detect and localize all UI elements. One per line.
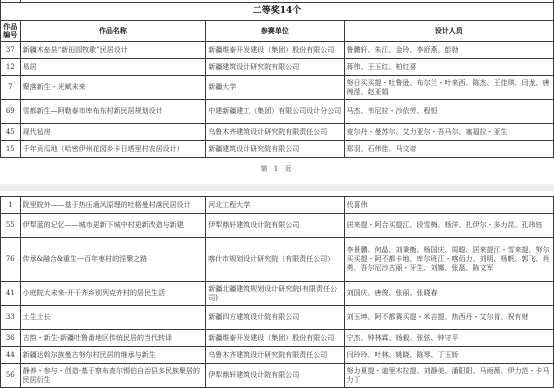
designers: 马杰、韦尼拉・沙依劳、程恒 (344, 100, 553, 124)
work-name: 千年贡瓜地（哈密伊州花园乡卡日塔里村农居设计） (20, 141, 206, 158)
table-row: 76 传承&融合&重生---百年枣村的涅槃之路 喀什市规划设计研究院（有限责任公… (1, 238, 554, 282)
table-row: 7 聚落新生・光赋未来 新疆大学 努日买买提・吐鲁逊、布尔兰・叶来西、陈杰、王佳… (1, 76, 554, 100)
table-row: 69 雪都新生—阿勒泰市库布东村新民居规划设计 中建新疆建工（集团）有限公司设计… (1, 100, 554, 124)
work-number: 36 (1, 330, 21, 347)
designers: 麦尔丹・曼苏尔、艾力亚尔・吾马尔、塞福拉・亚生 (344, 124, 553, 141)
designers: 郑羽、石伟佳、马文帝 (344, 141, 553, 158)
work-name: 院里院外——基于热压通风原理的吐格曼村落民居设计 (20, 197, 206, 214)
work-name: 土生土长 (20, 306, 206, 330)
organization: 中建新疆建工（集团）有限公司设计分公司 (206, 100, 344, 124)
work-name: 静养・参与・创造-基于察布查尔锡伯自治县多民族聚居的民居衍生 (20, 364, 206, 388)
designers: 李景鹏、何晶、刘秉衡、杨国庆、周聪、居来提江・雪来提、努尔买买提・阿不都卡地、库… (344, 238, 553, 282)
section-title-row: 二等奖14个 (1, 3, 554, 21)
work-name: 传承&融合&重生---百年枣村的涅槃之路 (20, 238, 206, 282)
table-row: 56 静养・参与・创造-基于察布查尔锡伯自治县多民族聚居的民居衍生 伊犁鼎轩建筑… (1, 364, 554, 388)
work-number: 37 (1, 42, 21, 59)
table-row: 12 易居 新疆建筑设计研究院有限公司 蒋伟、王玉红、柏红喜 (1, 59, 554, 76)
designers: 努力夏提・迪里木拉提、刘静美、潘阳阳、马雨薇、伊力范・卡马力丁 (344, 364, 553, 388)
work-name: 新疆达斡尔族曼古努尔村民居的继承与新生 (20, 347, 206, 364)
work-number: 7 (1, 76, 21, 100)
organization: 新疆建筑设计研究院有限公司 (206, 59, 344, 76)
work-number: 41 (1, 282, 21, 306)
work-number: 55 (1, 214, 21, 238)
work-number: 15 (1, 141, 21, 158)
work-number: 1 (1, 197, 21, 214)
designers: 居来提・阿合买提江、段雪梅、杨洋、扎伊尔・多力昆、孔玮钰 (344, 214, 553, 238)
awards-table-page-2: 1 院里院外——基于热压通风原理的吐格曼村落民居设计 河北工程大学 代喜伟 55… (0, 196, 554, 388)
designers: 刘国庆、唐俊、张丽、张晓春 (344, 282, 553, 306)
work-name: 雪都新生—阿勒泰市库布东村新民居规划设计 (20, 100, 206, 124)
designers: 闫玲玲、叶林、姚晓、陈琴、丁玉娇 (344, 347, 553, 364)
table-row: 41 小庭院大未来-开干齐乡别列克齐村的居民生活 新疆北疆建筑规划设计研究院(有… (1, 282, 554, 306)
organization: 喀什市规划设计研究院（有限责任公司） (206, 238, 344, 282)
table-row: 36 古韵・新生-新疆吐鲁番地区传统民居的当代转译 新疆维泰开发建设（集团）股份… (1, 330, 554, 347)
work-number: 44 (1, 347, 21, 364)
designers: 蒋伟、王玉红、柏红喜 (344, 59, 553, 76)
header-organization: 参赛单位 (206, 21, 344, 42)
designers: 努日买买提・吐鲁逊、布尔兰・叶来西、陈杰、王佳琪、闫龙、唐琬滢、赵亚娟 (344, 76, 553, 100)
organization: 新疆维泰开发建设（集团）股份有限公司 (206, 42, 344, 59)
organization: 新疆北疆建筑规划设计研究院(有限责任公司) (206, 282, 344, 306)
work-name: 易居 (20, 59, 206, 76)
organization: 新疆建筑设计研究院有限公司 (206, 141, 344, 158)
table-row: 1 院里院外——基于热压通风原理的吐格曼村落民居设计 河北工程大学 代喜伟 (1, 197, 554, 214)
work-name: 现代毡房 (20, 124, 206, 141)
organization: 河北工程大学 (206, 197, 344, 214)
work-number: 33 (1, 306, 21, 330)
work-number: 45 (1, 124, 21, 141)
header-designers: 设计人员 (344, 21, 553, 42)
header-work-number: 作品编号 (1, 21, 21, 42)
header-work-name: 作品名称 (20, 21, 206, 42)
table-row: 55 伊犁蓝的记忆——城市更新下城中村更新改造与新建 伊犁鼎轩建筑设计院有限公司… (1, 214, 554, 238)
work-name: 小庭院大未来-开干齐乡别列克齐村的居民生活 (20, 282, 206, 306)
section-title: 二等奖14个 (1, 3, 554, 21)
table-row: 15 千年贡瓜地（哈密伊州花园乡卡日塔里村农居设计） 新疆建筑设计研究院有限公司… (1, 141, 554, 158)
designers: 刘玉坤、阿不都赛买提・米吉提、热西丹・艾尔肯、祝有财 (344, 306, 553, 330)
organization: 伊犁鼎轩建筑设计院有限公司 (206, 214, 344, 238)
organization: 新疆大学 (206, 76, 344, 100)
organization: 新疆四方建筑设计院有限公司 (206, 306, 344, 330)
organization: 乌鲁木齐建筑设计研究院有限责任公司 (206, 347, 344, 364)
designers: 代喜伟 (344, 197, 553, 214)
organization: 新疆维泰开发建设（集团）股份有限公司 (206, 330, 344, 347)
table-row: 45 现代毡房 乌鲁木齐建筑设计研究院有限责任公司 麦尔丹・曼苏尔、艾力亚尔・吾… (1, 124, 554, 141)
page-number: 第 1 页 (0, 164, 554, 174)
work-number: 12 (1, 59, 21, 76)
awards-table-page-1: 二等奖14个 作品编号 作品名称 参赛单位 设计人员 37 新疆木垒县“新田园牧… (0, 0, 554, 158)
work-name: 新疆木垒县“新田园牧歌”民居设计 (20, 42, 206, 59)
page-break-separator (0, 184, 554, 191)
work-name: 伊犁蓝的记忆——城市更新下城中村更新改造与新建 (20, 214, 206, 238)
table-row: 33 土生土长 新疆四方建筑设计院有限公司 刘玉坤、阿不都赛买提・米吉提、热西丹… (1, 306, 554, 330)
designers: 鲁鹏轩、朱江、金玲、李舒燕、彭勃 (344, 42, 553, 59)
table-header: 作品编号 作品名称 参赛单位 设计人员 (1, 21, 554, 42)
work-number: 76 (1, 238, 21, 282)
work-number: 69 (1, 100, 21, 124)
table-row: 44 新疆达斡尔族曼古努尔村民居的继承与新生 乌鲁木齐建筑设计研究院有限责任公司… (1, 347, 554, 364)
designers: 宁杰、钟林霖、杨毅、张弦、钟守平 (344, 330, 553, 347)
work-number: 56 (1, 364, 21, 388)
work-name: 古韵・新生-新疆吐鲁番地区传统民居的当代转译 (20, 330, 206, 347)
work-name: 聚落新生・光赋未来 (20, 76, 206, 100)
organization: 伊犁鼎轩建筑设计院有限公司 (206, 364, 344, 388)
organization: 乌鲁木齐建筑设计研究院有限责任公司 (206, 124, 344, 141)
table-row: 37 新疆木垒县“新田园牧歌”民居设计 新疆维泰开发建设（集团）股份有限公司 鲁… (1, 42, 554, 59)
